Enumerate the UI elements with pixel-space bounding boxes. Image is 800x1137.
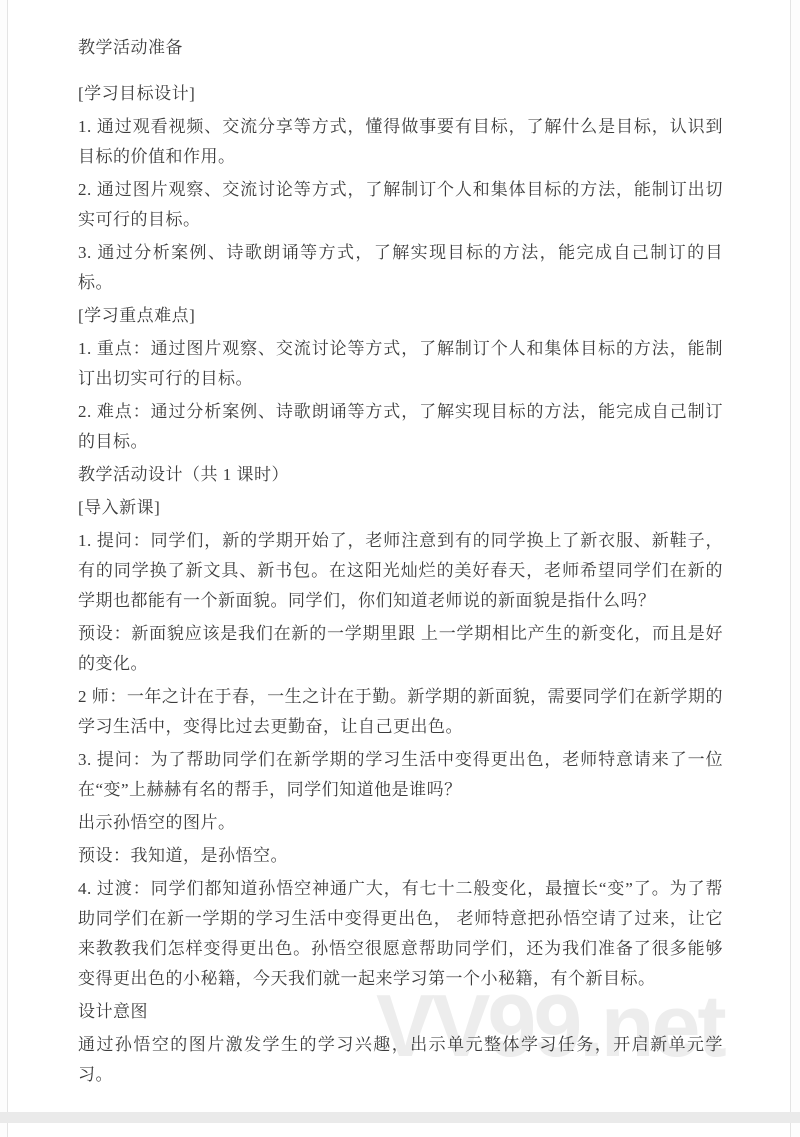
step-4-transition: 4. 过渡：同学们都知道孙悟空神通广大，有七十二般变化，最擅长“变”了。为了帮助… [78,874,723,994]
show-picture-note: 出示孙悟空的图片。 [78,808,723,838]
heading-activity-preparation: 教学活动准备 [78,33,723,63]
step-2-teacher: 2 师：一年之计在于春，一生之计在于勤。新学期的新面貌，需要同学们在新学期的学习… [78,682,723,742]
goal-2: 2. 通过图片观察、交流讨论等方式，了解制订个人和集体目标的方法，能制订出切实可… [78,175,723,235]
key-point: 1. 重点：通过图片观察、交流讨论等方式，了解制订个人和集体目标的方法，能制订出… [78,334,723,394]
document-viewport: VV99.net 教学活动准备 [学习目标设计] 1. 通过观看视频、交流分享等… [0,0,800,1137]
section-key-difficult-points: [学习重点难点] [78,301,723,331]
goal-3: 3. 通过分析案例、诗歌朗诵等方式，了解实现目标的方法，能完成自己制订的目标。 [78,238,723,298]
heading-design-intent: 设计意图 [78,997,723,1027]
next-page-edge [7,1123,791,1137]
document-content: 教学活动准备 [学习目标设计] 1. 通过观看视频、交流分享等方式，懂得做事要有… [78,33,723,1093]
goal-1: 1. 通过观看视频、交流分享等方式，懂得做事要有目标，了解什么是目标，认识到目标… [78,112,723,172]
step-3-expected-answer: 预设：我知道，是孙悟空。 [78,841,723,871]
design-intent-text: 通过孙悟空的图片激发学生的学习兴趣，出示单元整体学习任务，开启新单元学习。 [78,1030,723,1090]
section-learning-goals: [学习目标设计] [78,79,723,109]
step-3-question: 3. 提问：为了帮助同学们在新学期的学习生活中变得更出色，老师特意请来了一位在“… [78,745,723,805]
step-1-expected-answer: 预设：新面貌应该是我们在新的一学期里跟 上一学期相比产生的新变化，而且是好的变化… [78,619,723,679]
difficult-point: 2. 难点：通过分析案例、诗歌朗诵等方式，了解实现目标的方法，能完成自己制订的目… [78,397,723,457]
step-1-question: 1. 提问：同学们，新的学期开始了，老师注意到有的同学换上了新衣服、新鞋子，有的… [78,526,723,616]
heading-activity-design: 教学活动设计（共 1 课时） [78,460,723,490]
page-separator-band [0,1112,800,1123]
section-new-lesson-intro: [导入新课] [78,493,723,523]
